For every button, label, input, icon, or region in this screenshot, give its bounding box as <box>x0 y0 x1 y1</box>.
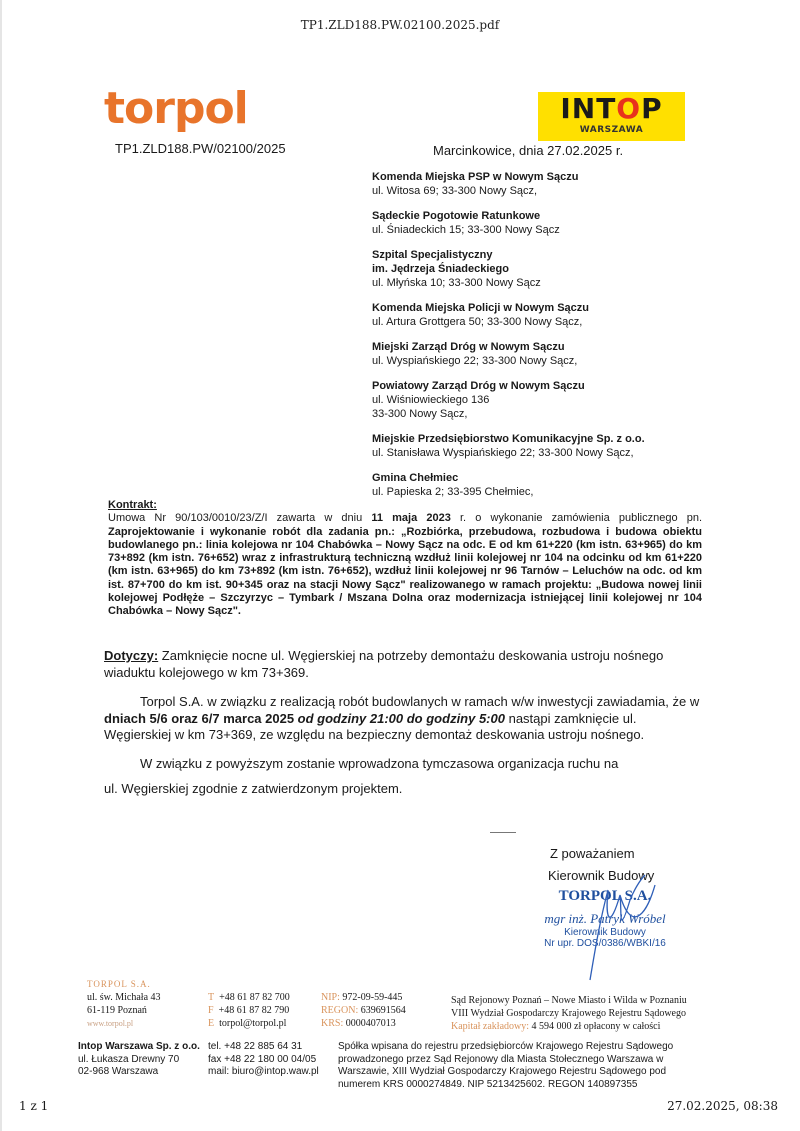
reference-number: TP1.ZLD188.PW/02100/2025 <box>115 141 286 156</box>
footer-email-link[interactable]: mail: biuro@intop.waw.pl <box>208 1066 319 1079</box>
intop-logo-part: INT <box>560 92 616 125</box>
contract-text-part: r. o wykonanie zamówienia publicznego pn… <box>451 512 702 524</box>
footer-intop-name: Intop Warszawa Sp. z o.o. <box>78 1041 200 1054</box>
traffic-text: W związku z powyższym zostanie wprowadzo… <box>140 756 618 771</box>
addressee-address: ul. Witosa 69; 33-300 Nowy Sącz, <box>372 184 645 198</box>
footer-torpol-address: TORPOL S.A. ul. św. Michała 43 61-119 Po… <box>87 978 161 1030</box>
page-number: 1 z 1 <box>19 1099 48 1113</box>
addressee-name: Miejskie Przedsiębiorstwo Komunikacyjne … <box>372 432 645 446</box>
contract-text: Umowa Nr 90/103/0010/23/Z/I zawarta w dn… <box>108 512 702 618</box>
footer-email-link[interactable]: torpol@torpol.pl <box>219 1018 286 1029</box>
closing-salutation: Z poważaniem <box>550 846 635 861</box>
footer-phone: +48 61 87 82 700 <box>219 992 290 1003</box>
addressee-name: Szpital Specjalistyczny im. Jędrzeja Śni… <box>372 248 645 276</box>
addressee-name: Gmina Chełmiec <box>372 471 645 485</box>
notice-text: Torpol S.A. w związku z realizacją robót… <box>140 694 699 709</box>
page-edge <box>0 0 2 1131</box>
print-datetime: 27.02.2025, 08:38 <box>667 1099 778 1113</box>
traffic-text: ul. Węgierskiej zgodnie z zatwierdzonym … <box>104 781 704 798</box>
intop-logo-subtitle: WARSZAWA <box>538 124 685 136</box>
addressee-address: ul. Wiśniowieckiego 136 <box>372 393 645 407</box>
addressee-name: Komenda Miejska PSP w Nowym Sączu <box>372 170 645 184</box>
addressee-address: ul. Śniadeckich 15; 33-300 Nowy Sącz <box>372 223 645 237</box>
footer-city: 02-968 Warszawa <box>78 1066 200 1079</box>
intop-logo-word: INTOP <box>538 94 685 124</box>
addressee: Komenda Miejska PSP w Nowym Sączu ul. Wi… <box>372 170 645 198</box>
notice-paragraph: Torpol S.A. w związku z realizacją robót… <box>104 694 704 744</box>
contract-section: Kontrakt: Umowa Nr 90/103/0010/23/Z/I za… <box>108 499 702 619</box>
addressee-address: ul. Papieska 2; 33-395 Chełmiec, <box>372 485 645 499</box>
court-line: Sąd Rejonowy Poznań – Nowe Miasto i Wild… <box>451 994 687 1007</box>
contract-task-name: Zaprojektowanie i wykonanie robót dla za… <box>108 526 702 618</box>
intop-logo: INTOP WARSZAWA <box>538 92 685 141</box>
krs-label: KRS: <box>321 1018 343 1029</box>
addressee-address: ul. Stanisława Wyspiańskiego 22; 33-300 … <box>372 446 645 460</box>
torpol-logo: torpol <box>104 84 248 134</box>
email-label: E <box>208 1018 214 1029</box>
addressee-name: Komenda Miejska Policji w Nowym Sączu <box>372 301 645 315</box>
addressee: Powiatowy Zarząd Dróg w Nowym Sączu ul. … <box>372 379 645 421</box>
closure-dates: dniach 5/6 oraz 6/7 marca 2025 <box>104 711 294 726</box>
footer-krs: 0000407013 <box>346 1018 396 1029</box>
pdf-filename: TP1.ZLD188.PW.02100.2025.pdf <box>0 18 800 32</box>
footer-phone: tel. +48 22 885 64 31 <box>208 1041 319 1054</box>
footer-intop-address: Intop Warszawa Sp. z o.o. ul. Łukasza Dr… <box>78 1041 200 1079</box>
nip-label: NIP: <box>321 992 340 1003</box>
footer-torpol-ids: NIP: 972-09-59-445 REGON: 639691564 KRS:… <box>321 991 406 1030</box>
addressee: Szpital Specjalistyczny im. Jędrzeja Śni… <box>372 248 645 290</box>
registry-line: Spółka wpisana do rejestru przedsiębiorc… <box>338 1041 673 1054</box>
contract-date: 11 maja 2023 <box>371 512 450 524</box>
subject-section: Dotyczy: Zamknięcie nocne ul. Węgierskie… <box>104 648 704 681</box>
addressee-name: Miejski Zarząd Dróg w Nowym Sączu <box>372 340 645 354</box>
addressee: Miejskie Przedsiębiorstwo Komunikacyjne … <box>372 432 645 460</box>
footer-capital: 4 594 000 zł opłacony w całości <box>532 1021 661 1032</box>
intop-logo-o: O <box>616 92 641 125</box>
footer-website-link[interactable]: www.torpol.pl <box>87 1017 161 1030</box>
closure-hours: od godziny 21:00 do godziny 5:00 <box>294 711 505 726</box>
footer-intop-contact: tel. +48 22 885 64 31 fax +48 22 180 00 … <box>208 1041 319 1079</box>
footer-torpol-contact: T +48 61 87 82 700 F +48 61 87 82 790 E … <box>208 991 290 1030</box>
intop-logo-part: P <box>641 92 663 125</box>
addressee: Miejski Zarząd Dróg w Nowym Sączu ul. Wy… <box>372 340 645 368</box>
contract-text-part: Umowa Nr 90/103/0010/23/Z/I zawarta w dn… <box>108 512 371 524</box>
registry-line: numerem KRS 0000274849. NIP 5213425602. … <box>338 1079 673 1092</box>
registry-line: prowadzonego przez Sąd Rejonowy dla Mias… <box>338 1054 673 1067</box>
addressee-list: Komenda Miejska PSP w Nowym Sączu ul. Wi… <box>372 170 645 510</box>
footer-regon: 639691564 <box>361 1005 406 1016</box>
footer-fax: fax +48 22 180 00 04/05 <box>208 1054 319 1067</box>
scan-mark <box>490 832 516 833</box>
addressee-name: Sądeckie Pogotowie Ratunkowe <box>372 209 645 223</box>
footer-torpol-court: Sąd Rejonowy Poznań – Nowe Miasto i Wild… <box>451 994 687 1033</box>
traffic-paragraph: W związku z powyższym zostanie wprowadzo… <box>104 756 704 797</box>
footer-fax: +48 61 87 82 790 <box>219 1005 290 1016</box>
footer-city: 61-119 Poznań <box>87 1004 161 1017</box>
addressee-address: 33-300 Nowy Sącz, <box>372 407 645 421</box>
place-date: Marcinkowice, dnia 27.02.2025 r. <box>433 143 623 158</box>
contract-heading: Kontrakt: <box>108 499 702 512</box>
regon-label: REGON: <box>321 1005 358 1016</box>
footer-intop-registry: Spółka wpisana do rejestru przedsiębiorc… <box>338 1041 673 1091</box>
addressee-address: ul. Artura Grottgera 50; 33-300 Nowy Sąc… <box>372 315 645 329</box>
tel-label: T <box>208 992 214 1003</box>
addressee-name: Powiatowy Zarząd Dróg w Nowym Sączu <box>372 379 645 393</box>
subject-heading: Dotyczy: <box>104 648 158 663</box>
handwritten-signature <box>560 870 670 990</box>
subject-text: Zamknięcie nocne ul. Węgierskiej na potr… <box>104 648 663 680</box>
footer-street: ul. Łukasza Drewny 70 <box>78 1054 200 1067</box>
footer-street: ul. św. Michała 43 <box>87 991 161 1004</box>
footer-nip: 972-09-59-445 <box>342 992 402 1003</box>
addressee: Komenda Miejska Policji w Nowym Sączu ul… <box>372 301 645 329</box>
addressee: Sądeckie Pogotowie Ratunkowe ul. Śniadec… <box>372 209 645 237</box>
footer-torpol-brand: TORPOL S.A. <box>87 978 161 991</box>
addressee-address: ul. Wyspiańskiego 22; 33-300 Nowy Sącz, <box>372 354 645 368</box>
addressee: Gmina Chełmiec ul. Papieska 2; 33-395 Ch… <box>372 471 645 499</box>
addressee-address: ul. Młyńska 10; 33-300 Nowy Sącz <box>372 276 645 290</box>
fax-label: F <box>208 1005 214 1016</box>
capital-label: Kapitał zakładowy: <box>451 1021 529 1032</box>
registry-line: Warszawie, XIII Wydział Gospodarczy Kraj… <box>338 1066 673 1079</box>
court-line: VIII Wydział Gospodarczy Krajowego Rejes… <box>451 1007 687 1020</box>
